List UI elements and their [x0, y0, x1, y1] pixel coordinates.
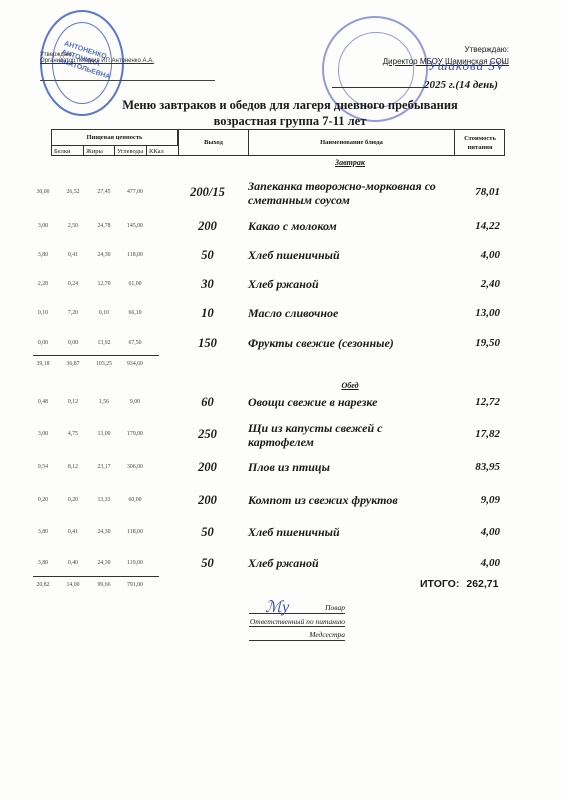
proteins-value: 3,80: [28, 521, 58, 543]
cost-value: 17,82: [440, 425, 500, 443]
output-value: 250: [180, 423, 235, 445]
cost-value: 19,50: [440, 334, 500, 352]
cost-value: 4,00: [440, 523, 500, 541]
output-value: 50: [180, 244, 235, 266]
dish-name: Фрукты свежие (сезонные): [248, 336, 438, 350]
proteins-value: 30,00: [28, 181, 58, 203]
fats-value: 2,50: [58, 215, 88, 237]
proteins-value: 0,48: [28, 391, 58, 413]
table-row: 0,480,121,569,0060Овощи свежие в нарезке…: [0, 391, 561, 413]
dish-name: Какао с молоком: [248, 219, 438, 233]
carbs-value: 12,70: [89, 273, 119, 295]
table-header: Пищевая ценность Белки Жиры Углеводы ККа…: [51, 129, 505, 156]
output-value: 50: [180, 552, 235, 574]
subtotal-carbs: 103,25: [89, 357, 119, 371]
carbs-value: 13,92: [89, 332, 119, 354]
table-row: 0,000,0013,9267,50150Фрукты свежие (сезо…: [0, 332, 561, 354]
table-row: 3,800,4124,30118,0050Хлеб пшеничный4,00: [0, 244, 561, 266]
subtotal-divider: [33, 576, 159, 577]
carbs-value: 1,56: [89, 391, 119, 413]
fats-value: 0,12: [58, 391, 88, 413]
grand-total: ИТОГО:262,71: [420, 578, 498, 590]
cook-signature: ℳy: [265, 597, 289, 617]
nurse-label: Медсестра: [309, 630, 345, 639]
dish-name: Масло сливочное: [248, 306, 438, 320]
cost-value: 4,00: [440, 246, 500, 264]
carbs-value: 24,30: [89, 244, 119, 266]
header-nutrition: Пищевая ценность: [52, 130, 178, 146]
output-value: 60: [180, 391, 235, 413]
kcal-value: 118,00: [120, 244, 150, 266]
kcal-value: 67,50: [120, 332, 150, 354]
proteins-value: 3,80: [28, 244, 58, 266]
table-row: 9,548,1223,17306,00200Плов из птицы83,95: [0, 456, 561, 478]
fats-value: 0,40: [58, 552, 88, 574]
dish-name: Хлеб ржаной: [248, 277, 438, 291]
director-signature: Ушакова SV: [428, 58, 505, 74]
carbs-value: 27,45: [89, 181, 119, 203]
table-row: 0,107,200,1066,1010Масло сливочное13,00: [0, 302, 561, 324]
kcal-value: 477,00: [120, 181, 150, 203]
organizer-signature-line: [40, 80, 215, 81]
cost-value: 78,01: [440, 183, 500, 201]
proteins-value: 9,54: [28, 456, 58, 478]
subtotal-kcal: 791,00: [120, 578, 150, 592]
kcal-value: 60,00: [120, 489, 150, 511]
cost-value: 9,09: [440, 491, 500, 509]
proteins-value: 3,80: [28, 552, 58, 574]
header-dish-name: Наименование блюда: [249, 130, 454, 155]
fats-value: 8,12: [58, 456, 88, 478]
dish-name: Плов из птицы: [248, 460, 438, 474]
table-row: 3,800,4124,30118,0050Хлеб пшеничный4,00: [0, 521, 561, 543]
proteins-value: 0,20: [28, 489, 58, 511]
dish-name: Компот из свежих фруктов: [248, 493, 438, 507]
carbs-value: 13,00: [89, 423, 119, 445]
output-value: 50: [180, 521, 235, 543]
dish-name: Овощи свежие в нарезке: [248, 395, 438, 409]
cost-value: 13,00: [440, 304, 500, 322]
output-value: 150: [180, 332, 235, 354]
fats-value: 26,52: [58, 181, 88, 203]
table-row: 3,002,5024,78145,00200Какао с молоком14,…: [0, 215, 561, 237]
header-kcal: ККал: [147, 146, 178, 156]
cook-signature-line: [249, 613, 345, 614]
approval-date: 2025 г.(14 день): [332, 78, 498, 91]
carbs-value: 0,10: [89, 302, 119, 324]
output-value: 200: [180, 456, 235, 478]
carbs-value: 24,78: [89, 215, 119, 237]
output-value: 200/15: [180, 181, 235, 203]
kcal-value: 145,00: [120, 215, 150, 237]
cost-value: 4,00: [440, 554, 500, 572]
dish-name: Хлеб пшеничный: [248, 525, 438, 539]
section-lunch: Обед: [290, 381, 410, 390]
cook-label: Повар: [325, 603, 345, 612]
header-cost: Стоимость питания: [454, 130, 505, 155]
output-value: 30: [180, 273, 235, 295]
header-fats: Жиры: [84, 146, 115, 156]
carbs-value: 24,30: [89, 521, 119, 543]
kcal-value: 306,00: [120, 456, 150, 478]
fats-value: 0,00: [58, 332, 88, 354]
table-row: 3,004,7513,00179,00250Щи из капусты свеж…: [0, 423, 561, 445]
dish-name: Запеканка творожно-морковная со сметанны…: [248, 179, 438, 207]
cost-value: 2,40: [440, 275, 500, 293]
kcal-value: 118,00: [120, 521, 150, 543]
table-row: 3,800,4024,30119,0050Хлеб ржаной4,00: [0, 552, 561, 574]
proteins-value: 2,28: [28, 273, 58, 295]
kcal-value: 9,00: [120, 391, 150, 413]
subtotal-divider: [33, 355, 159, 356]
header-carbs: Углеводы: [115, 146, 147, 156]
cost-value: 83,95: [440, 458, 500, 476]
fats-value: 0,20: [58, 489, 88, 511]
subtotal-proteins: 39,18: [28, 357, 58, 371]
subtotal-fats: 14,00: [58, 578, 88, 592]
subtotal-fats: 36,87: [58, 357, 88, 371]
proteins-value: 0,10: [28, 302, 58, 324]
cost-value: 14,22: [440, 217, 500, 235]
kcal-value: 179,00: [120, 423, 150, 445]
fats-value: 0,41: [58, 244, 88, 266]
table-row: 2,280,2412,7061,0030Хлеб ржаной2,40: [0, 273, 561, 295]
proteins-value: 0,00: [28, 332, 58, 354]
proteins-value: 3,00: [28, 215, 58, 237]
dish-name: Хлеб пшеничный: [248, 248, 438, 262]
output-value: 200: [180, 489, 235, 511]
page-title: Меню завтраков и обедов для лагеря дневн…: [100, 97, 480, 129]
kcal-value: 61,00: [120, 273, 150, 295]
nurse-signature-line: [249, 640, 345, 641]
output-value: 200: [180, 215, 235, 237]
section-breakfast: Завтрак: [290, 158, 410, 167]
kcal-value: 119,00: [120, 552, 150, 574]
fats-value: 7,20: [58, 302, 88, 324]
carbs-value: 13,33: [89, 489, 119, 511]
subtotal-row: 39,1836,87103,25934,60: [0, 357, 561, 379]
fats-value: 4,75: [58, 423, 88, 445]
table-row: 30,0026,5227,45477,00200/15Запеканка тво…: [0, 181, 561, 203]
output-value: 10: [180, 302, 235, 324]
date-blank: [332, 78, 424, 88]
subtotal-kcal: 934,60: [120, 357, 150, 371]
organizer-approval: Утверждаю: Организатор питания ИП Антоне…: [40, 52, 154, 64]
header-proteins: Белки: [52, 146, 84, 156]
carbs-value: 24,30: [89, 552, 119, 574]
cost-value: 12,72: [440, 393, 500, 411]
table-row: 0,200,2013,3360,00200Компот из свежих фр…: [0, 489, 561, 511]
carbs-value: 23,17: [89, 456, 119, 478]
kcal-value: 66,10: [120, 302, 150, 324]
responsible-label: Ответственный по питанию: [250, 617, 345, 626]
header-output: Выход: [178, 130, 249, 155]
subtotal-proteins: 20,82: [28, 578, 58, 592]
fats-value: 0,24: [58, 273, 88, 295]
responsible-signature-line: [249, 626, 345, 627]
proteins-value: 3,00: [28, 423, 58, 445]
dish-name: Щи из капусты свежей с картофелем: [248, 421, 438, 449]
dish-name: Хлеб ржаной: [248, 556, 438, 570]
fats-value: 0,41: [58, 521, 88, 543]
subtotal-carbs: 99,66: [89, 578, 119, 592]
